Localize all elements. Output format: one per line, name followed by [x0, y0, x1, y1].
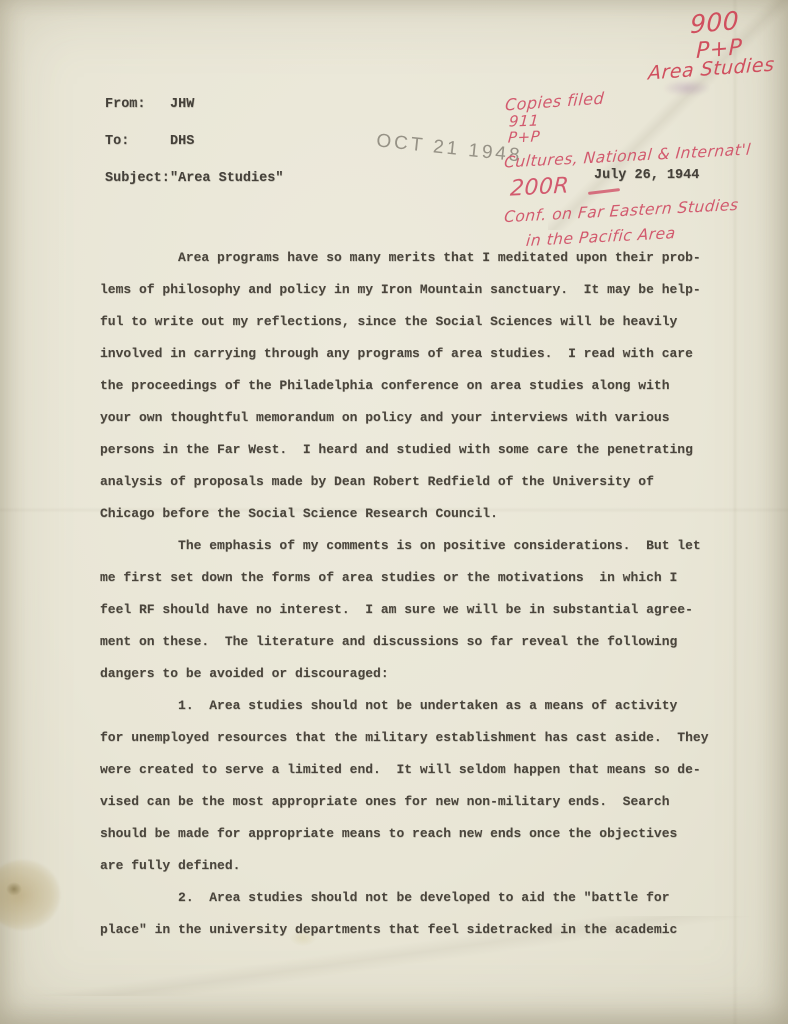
handwritten-note-cultures: Cultures, National & Internat'l — [503, 140, 751, 171]
header-from-row: From:JHW — [105, 97, 194, 112]
body-line: 2. Area studies should not be developed … — [100, 882, 709, 914]
subject-label: Subject: — [105, 171, 170, 186]
body-line: your own thoughtful memorandum on policy… — [100, 402, 709, 434]
body-line: feel RF should have no interest. I am su… — [100, 594, 709, 626]
body-line: Chicago before the Social Science Resear… — [100, 498, 709, 530]
body-line: lems of philosophy and policy in my Iron… — [100, 274, 709, 306]
body-line: should be made for appropriate means to … — [100, 818, 709, 850]
handwritten-note-conference: Conf. on Far Eastern Studies — [503, 196, 739, 226]
body-line: were created to serve a limited end. It … — [100, 754, 709, 786]
body-line: for unemployed resources that the milita… — [100, 722, 709, 754]
body-line: The emphasis of my comments is on positi… — [100, 530, 709, 562]
received-date-stamp: OCT 21 1948 — [375, 130, 523, 167]
from-value: JHW — [170, 97, 194, 112]
memo-date: July 26, 1944 — [594, 168, 699, 183]
handwritten-note-copies-filed: Copies filed — [504, 88, 604, 114]
ink-stain-dot — [6, 882, 22, 896]
body-line: ful to write out my reflections, since t… — [100, 306, 709, 338]
body-line: the proceedings of the Philadelphia conf… — [100, 370, 709, 402]
subject-value: "Area Studies" — [170, 171, 283, 186]
handwritten-note-area-studies: Area Studies — [647, 54, 775, 85]
body-line: ment on these. The literature and discus… — [100, 626, 709, 658]
body-line: dangers to be avoided or discouraged: — [100, 658, 709, 690]
handwritten-note-900: 900 — [690, 6, 740, 39]
from-label: From: — [105, 97, 170, 112]
memo-page: From:JHW To:DHS Subject:"Area Studies" J… — [0, 0, 788, 1024]
to-value: DHS — [170, 134, 194, 149]
header-subject-row: Subject:"Area Studies" — [105, 171, 283, 186]
handwritten-note-200r: 200R — [509, 173, 570, 201]
memo-body: Area programs have so many merits that I… — [100, 242, 709, 946]
red-dash-mark — [588, 188, 620, 194]
handwritten-note-pp2: P+P — [507, 127, 540, 146]
body-line: Area programs have so many merits that I… — [100, 242, 709, 274]
body-line: are fully defined. — [100, 850, 709, 882]
body-line: analysis of proposals made by Dean Rober… — [100, 466, 709, 498]
body-line: vised can be the most appropriate ones f… — [100, 786, 709, 818]
body-line: involved in carrying through any program… — [100, 338, 709, 370]
body-line: persons in the Far West. I heard and stu… — [100, 434, 709, 466]
body-line: place" in the university departments tha… — [100, 914, 709, 946]
body-line: me first set down the forms of area stud… — [100, 562, 709, 594]
header-to-row: To:DHS — [105, 134, 194, 149]
body-line: 1. Area studies should not be undertaken… — [100, 690, 709, 722]
paper-crease — [548, 0, 788, 230]
to-label: To: — [105, 134, 170, 149]
